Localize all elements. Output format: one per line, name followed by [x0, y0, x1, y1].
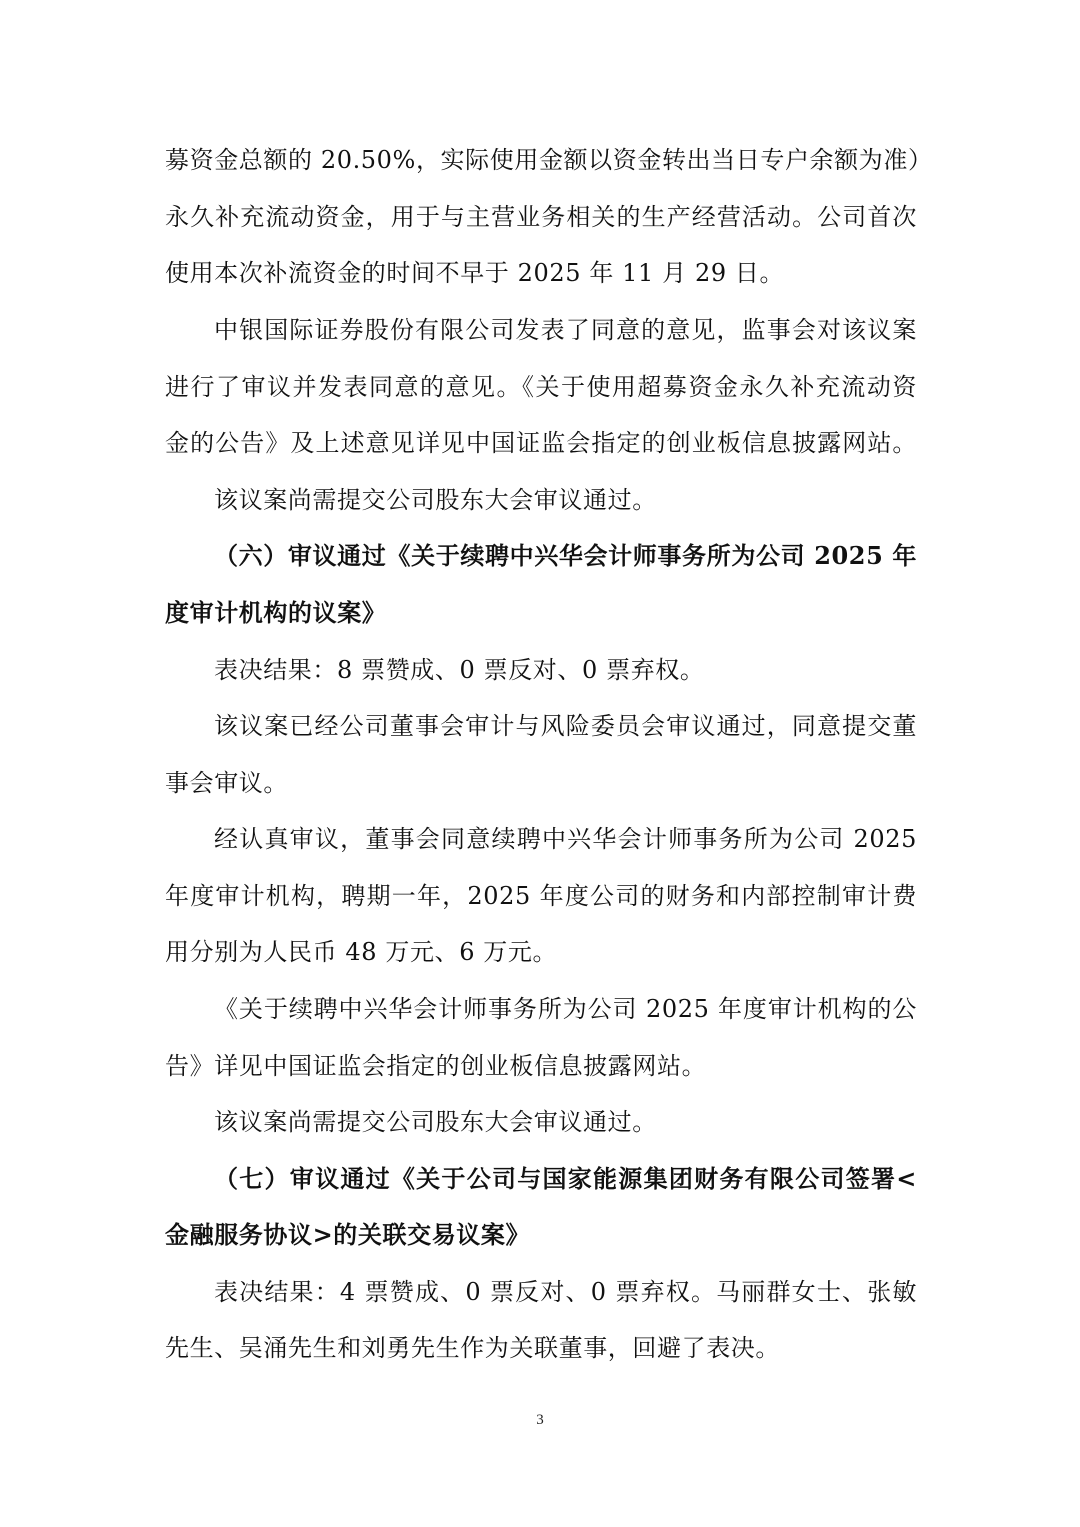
paragraph-line: 中银国际证券股份有限公司发表了同意的意见，监事会对该议案 [165, 315, 917, 345]
paragraph-line: 该议案已经公司董事会审计与风险委员会审议通过，同意提交董 [165, 711, 917, 741]
paragraph-line: 进行了审议并发表同意的意见。《关于使用超募资金永久补充流动资 [165, 372, 917, 402]
vote-result-line: 表决结果：4 票赞成、0 票反对、0 票弃权。马丽群女士、张敏 [165, 1277, 917, 1307]
page-number: 3 [0, 1412, 1080, 1429]
paragraph-line: 使用本次补流资金的时间不早于 2025 年 11 月 29 日。 [165, 258, 917, 288]
paragraph-line: 经认真审议，董事会同意续聘中兴华会计师事务所为公司 2025 [165, 824, 917, 854]
paragraph-line: 金的公告》及上述意见详见中国证监会指定的创业板信息披露网站。 [165, 428, 917, 458]
paragraph-line: 该议案尚需提交公司股东大会审议通过。 [165, 485, 917, 515]
section-heading-line: （六）审议通过《关于续聘中兴华会计师事务所为公司 2025 年 [165, 541, 917, 571]
section-heading-line: （七）审议通过《关于公司与国家能源集团财务有限公司签署< [165, 1164, 917, 1194]
paragraph-line: 永久补充流动资金，用于与主营业务相关的生产经营活动。公司首次 [165, 202, 917, 232]
section-heading-line: 金融服务协议>的关联交易议案》 [165, 1220, 917, 1250]
paragraph-line: 该议案尚需提交公司股东大会审议通过。 [165, 1107, 917, 1137]
paragraph-line: 告》详见中国证监会指定的创业板信息披露网站。 [165, 1051, 917, 1081]
paragraph-line: 年度审计机构，聘期一年，2025 年度公司的财务和内部控制审计费 [165, 881, 917, 911]
paragraph-line: 《关于续聘中兴华会计师事务所为公司 2025 年度审计机构的公 [165, 994, 917, 1024]
vote-result-line: 表决结果：8 票赞成、0 票反对、0 票弃权。 [165, 655, 917, 685]
section-heading-line: 度审计机构的议案》 [165, 598, 917, 628]
paragraph-line: 事会审议。 [165, 768, 917, 798]
paragraph-line: 募资金总额的 20.50%，实际使用金额以资金转出当日专户余额为准） [165, 145, 917, 175]
paragraph-line: 用分别为人民币 48 万元、6 万元。 [165, 937, 917, 967]
paragraph-line: 先生、吴涌先生和刘勇先生作为关联董事，回避了表决。 [165, 1333, 917, 1363]
